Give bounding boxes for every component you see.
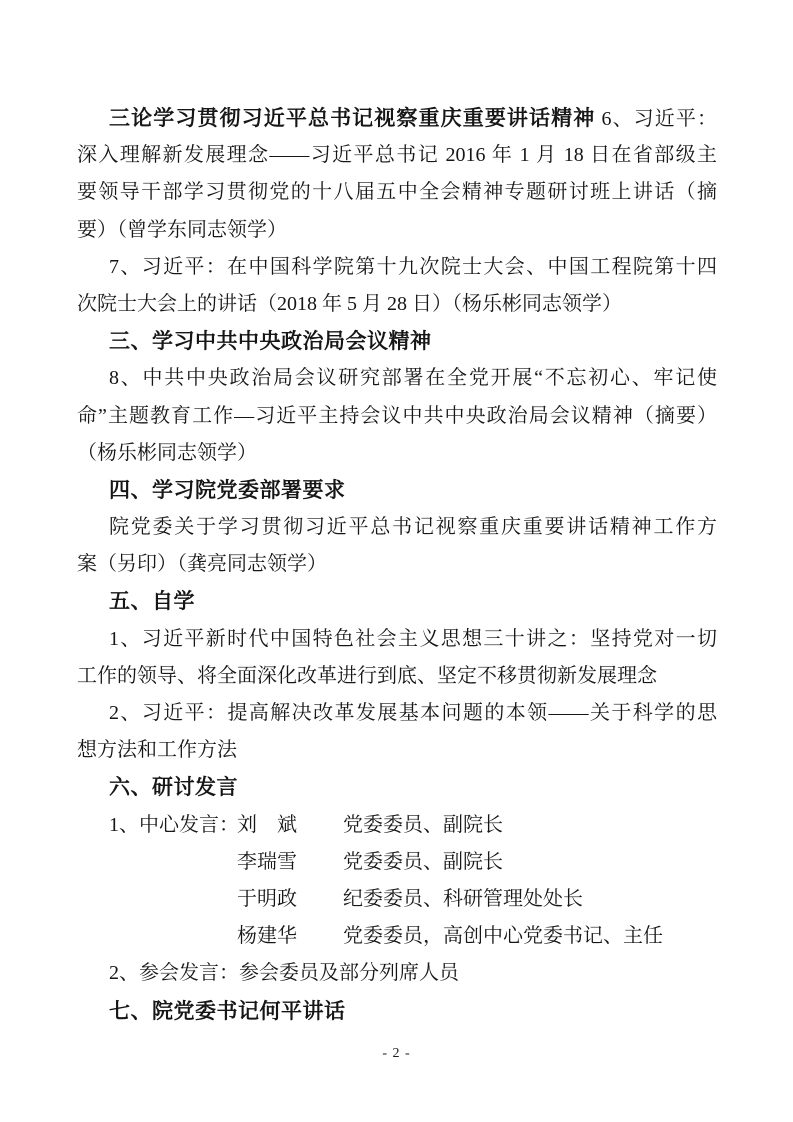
para-selfstudy-item1-line1: 1、习近平新时代中国特色社会主义思想三十讲之：坚持党对一切 xyxy=(77,621,717,658)
para-attendee-speech: 2、参会发言：参会委员及部分列席人员 xyxy=(77,955,717,992)
section-heading-4: 四、学习院党委部署要求 xyxy=(77,472,717,509)
speaker-row: 李瑞雪 党委委员、副院长 xyxy=(77,844,717,881)
bold-article-title: 三论学习贯彻习近平总书记视察重庆重要讲话精神 xyxy=(109,107,595,130)
para-study-item8-line1: 8、中共中央政治局会议研究部署在全党开展“不忘初心、牢记使 xyxy=(77,360,717,397)
section-heading-6: 六、研讨发言 xyxy=(77,769,717,806)
document-page: 三论学习贯彻习近平总书记视察重庆重要讲话精神 6、习近平： 深入理解新发展理念—… xyxy=(0,0,793,1122)
para-study-item8-line2: 命”主题教育工作—习近平主持会议中共中央政治局会议精神（摘要） xyxy=(77,398,717,435)
speaker-name: 李瑞雪 xyxy=(237,844,343,881)
speaker-row-spacer xyxy=(77,881,237,918)
para-plan-line2: 案（另印）（龚亮同志领学） xyxy=(77,546,717,583)
speaker-row-spacer xyxy=(77,918,237,955)
speaker-row: 杨建华 党委委员，高创中心党委书记、主任 xyxy=(77,918,717,955)
speaker-row: 于明政 纪委委员、科研管理处处长 xyxy=(77,881,717,918)
para-study-item6-line1: 三论学习贯彻习近平总书记视察重庆重要讲话精神 6、习近平： xyxy=(77,100,717,137)
para-study-item8-line3: （杨乐彬同志领学） xyxy=(77,435,717,472)
para-study-item6-line3: 要领导干部学习贯彻党的十八届五中全会精神专题研讨班上讲话（摘 xyxy=(77,174,717,211)
para-selfstudy-item2-line2: 想方法和工作方法 xyxy=(77,732,717,769)
para-study-item6-line4: 要）（曾学东同志领学） xyxy=(77,212,717,249)
speaker-title: 党委委员，高创中心党委书记、主任 xyxy=(343,918,663,955)
speaker-row: 1、中心发言： 刘 斌 党委委员、副院长 xyxy=(77,807,717,844)
para-selfstudy-item2-line1: 2、习近平：提高解决改革发展基本问题的本领——关于科学的思 xyxy=(77,695,717,732)
line-text: 6、习近平： xyxy=(595,108,717,130)
page-footer: - 2 - xyxy=(0,1044,793,1064)
section-heading-5: 五、自学 xyxy=(77,583,717,620)
center-speech-label: 1、中心发言： xyxy=(77,807,237,844)
para-selfstudy-item1-line2: 工作的领导、将全面深化改革进行到底、坚定不移贯彻新发展理念 xyxy=(77,658,717,695)
speaker-name: 杨建华 xyxy=(237,918,343,955)
speaker-name: 于明政 xyxy=(237,881,343,918)
speaker-title: 党委委员、副院长 xyxy=(343,844,503,881)
section-heading-3: 三、学习中共中央政治局会议精神 xyxy=(77,323,717,360)
document-body: 三论学习贯彻习近平总书记视察重庆重要讲话精神 6、习近平： 深入理解新发展理念—… xyxy=(77,100,717,1030)
para-plan-line1: 院党委关于学习贯彻习近平总书记视察重庆重要讲话精神工作方 xyxy=(77,509,717,546)
para-study-item6-line2: 深入理解新发展理念——习近平总书记 2016 年 1 月 18 日在省部级主 xyxy=(77,137,717,174)
speaker-row-spacer xyxy=(77,844,237,881)
para-study-item7-line2: 次院士大会上的讲话（2018 年 5 月 28 日）（杨乐彬同志领学） xyxy=(77,286,717,323)
section-heading-7: 七、院党委书记何平讲话 xyxy=(77,993,717,1030)
speaker-title: 纪委委员、科研管理处处长 xyxy=(343,881,583,918)
para-study-item7-line1: 7、习近平：在中国科学院第十九次院士大会、中国工程院第十四 xyxy=(77,249,717,286)
speaker-name: 刘 斌 xyxy=(237,807,343,844)
page-number: - 2 - xyxy=(382,1046,410,1061)
speaker-title: 党委委员、副院长 xyxy=(343,807,503,844)
